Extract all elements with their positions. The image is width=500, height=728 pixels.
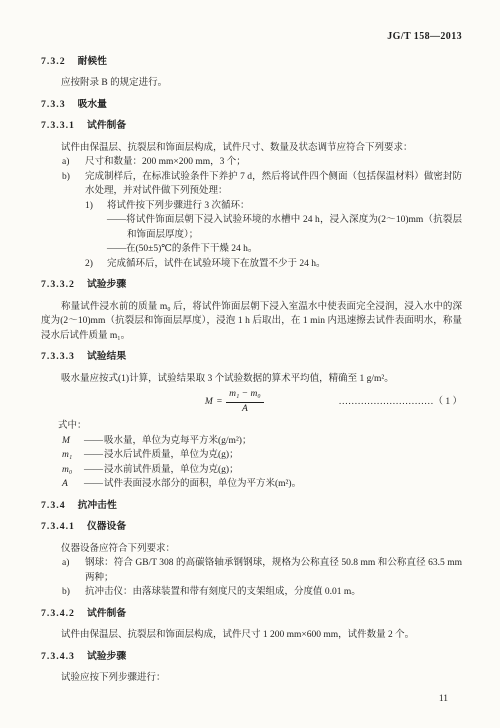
heading-7-3-4-3: 7.3.4.3试验步骤: [41, 650, 462, 665]
list-item-steel-ball: a) 钢球：符合 GB/T 308 的高碳铬轴承钢钢球，规格为公称直径 50.8…: [62, 556, 462, 585]
heading-number: 7.3.3.2: [41, 279, 75, 290]
formula-1: M=m₁ − m₀A …………………………（ 1 ）: [41, 389, 462, 415]
heading-7-3-3-1: 7.3.3.1试件制备: [41, 119, 462, 134]
heading-title: 试件制备: [87, 608, 126, 619]
list-item-label: a): [62, 155, 85, 170]
list-item-text: 尺寸和数量：200 mm×200 mm，3 个；: [85, 155, 462, 170]
sublist-item-1: 1) 将试件按下列步骤进行 3 次循环：: [85, 199, 462, 214]
heading-number: 7.3.4.3: [41, 651, 75, 662]
heading-7-3-4-2: 7.3.4.2试件制备: [41, 607, 462, 622]
heading-title: 试验步骤: [87, 651, 126, 662]
fraction-numerator: m₁ − m₀: [226, 389, 264, 403]
sublist-item-label: 2): [85, 257, 107, 272]
definition-row-m1: m₁ —— 浸水后试件质量，单位为克(g)；: [62, 448, 462, 463]
page-number: 11: [439, 692, 448, 707]
document-page: JG/T 158—2013 7.3.2耐候性 应按附录 B 的规定进行。 7.3…: [0, 0, 500, 728]
definition-text: 试件表面浸水部分的面积，单位为平方米(m²)。: [104, 477, 462, 492]
leader-dots: …………………………: [338, 397, 433, 407]
page-content: JG/T 158—2013 7.3.2耐候性 应按附录 B 的规定进行。 7.3…: [0, 0, 500, 686]
standard-code: JG/T 158—2013: [387, 30, 462, 45]
heading-7-3-3-3: 7.3.3.3试验结果: [41, 350, 462, 365]
paragraph-7-3-3-1-intro: 试件由保温层、抗裂层和饰面层构成，试件尺寸、数量及状态调节应符合下列要求：: [41, 141, 462, 156]
formula-leader: …………………………（ 1 ）: [264, 395, 462, 410]
list-item-text: 抗冲击仪：由落球装置和带有刻度尺的支架组成，分度值 0.01 m。: [85, 585, 462, 600]
equals-sign: =: [217, 397, 222, 407]
heading-title: 仪器设备: [87, 521, 126, 532]
sublist-item-2: 2) 完成循环后，试件在试验环境下在放置不少于 24 h。: [85, 257, 462, 272]
definition-term: m₁: [62, 448, 84, 463]
list-item-a: a) 尺寸和数量：200 mm×200 mm，3 个；: [62, 155, 462, 170]
heading-number: 7.3.4.2: [41, 608, 75, 619]
heading-number: 7.3.3.1: [41, 120, 75, 131]
definition-term: A: [62, 477, 84, 492]
definition-dash: ——: [84, 434, 104, 449]
paragraph-7-3-4-2: 试件由保温层、抗裂层和饰面层构成，试件尺寸 1 200 mm×600 mm，试件…: [41, 628, 462, 643]
list-item-impact-tester: b) 抗冲击仪：由落球装置和带有刻度尺的支架组成，分度值 0.01 m。: [62, 585, 462, 600]
paragraph-7-3-4-3: 试验应按下列步骤进行：: [41, 671, 462, 686]
heading-7-3-4: 7.3.4抗冲击性: [41, 499, 462, 514]
heading-title: 耐候性: [78, 56, 107, 67]
paragraph-7-3-3-3: 吸水量应按式(1)计算，试验结果取 3 个试验数据的算术平均值，精确至 1 g/…: [41, 372, 462, 387]
definition-text: 浸水后试件质量，单位为克(g)；: [104, 448, 462, 463]
paragraph-7-3-2: 应按附录 B 的规定进行。: [41, 76, 462, 91]
dash-item-soak: ——将试件饰面层朝下浸入试验环境的水槽中 24 h，浸入深度为(2～10)mm（…: [107, 213, 462, 242]
heading-title: 试件制备: [87, 120, 126, 131]
heading-number: 7.3.2: [41, 56, 66, 67]
heading-7-3-4-1: 7.3.4.1仪器设备: [41, 520, 462, 535]
definition-text: 吸水量，单位为克每平方米(g/m²)；: [104, 434, 462, 449]
list-item-text: 完成制样后，在标准试验条件下养护 7 d，然后将试件四个侧面（包括保温材料）做密…: [85, 170, 462, 199]
where-label: 式中：: [58, 419, 462, 434]
sublist-item-label: 1): [85, 199, 107, 214]
list-item-b: b) 完成制样后，在标准试验条件下养护 7 d，然后将试件四个侧面（包括保温材料…: [62, 170, 462, 199]
list-item-label: b): [62, 170, 85, 199]
heading-number: 7.3.4.1: [41, 521, 75, 532]
definition-dash: ——: [84, 448, 104, 463]
fraction-denominator: A: [226, 403, 264, 416]
list-item-label: a): [62, 556, 85, 585]
formula-expression: M=m₁ − m₀A: [205, 389, 264, 415]
fraction: m₁ − m₀A: [226, 389, 264, 415]
definition-row-A: A —— 试件表面浸水部分的面积，单位为平方米(m²)。: [62, 477, 462, 492]
definition-text: 浸水前试件质量，单位为克(g)；: [104, 463, 462, 478]
definition-term: M: [62, 434, 84, 449]
sublist-item-text: 完成循环后，试件在试验环境下在放置不少于 24 h。: [107, 257, 462, 272]
document-header: JG/T 158—2013: [41, 30, 462, 45]
list-item-text: 钢球：符合 GB/T 308 的高碳铬轴承钢钢球，规格为公称直径 50.8 mm…: [85, 556, 462, 585]
heading-number: 7.3.3: [41, 99, 66, 110]
heading-7-3-3-2: 7.3.3.2试验步骤: [41, 278, 462, 293]
heading-number: 7.3.4: [41, 500, 66, 511]
paragraph-7-3-4-1-intro: 仪器设备应符合下列要求：: [41, 542, 462, 557]
formula-lhs: M: [205, 397, 213, 407]
heading-7-3-3: 7.3.3吸水量: [41, 98, 462, 113]
heading-title: 吸水量: [78, 99, 107, 110]
heading-title: 试验结果: [87, 351, 126, 362]
definition-row-M: M —— 吸水量，单位为克每平方米(g/m²)；: [62, 434, 462, 449]
dash-item-dry: ——在(50±5)℃的条件下干燥 24 h。: [107, 242, 462, 257]
heading-7-3-2: 7.3.2耐候性: [41, 55, 462, 70]
definition-dash: ——: [84, 477, 104, 492]
definition-dash: ——: [84, 463, 104, 478]
definition-row-m0: m₀ —— 浸水前试件质量，单位为克(g)；: [62, 463, 462, 478]
equation-number: （ 1 ）: [433, 397, 462, 407]
paragraph-7-3-3-2: 称量试件浸水前的质量 m₀ 后，将试件饰面层朝下浸入室温水中使表面完全浸润，浸入…: [41, 300, 462, 344]
heading-title: 试验步骤: [87, 279, 126, 290]
list-item-label: b): [62, 585, 85, 600]
heading-title: 抗冲击性: [78, 500, 117, 511]
heading-number: 7.3.3.3: [41, 351, 75, 362]
sublist-item-text: 将试件按下列步骤进行 3 次循环：: [107, 199, 462, 214]
definition-term: m₀: [62, 463, 84, 478]
